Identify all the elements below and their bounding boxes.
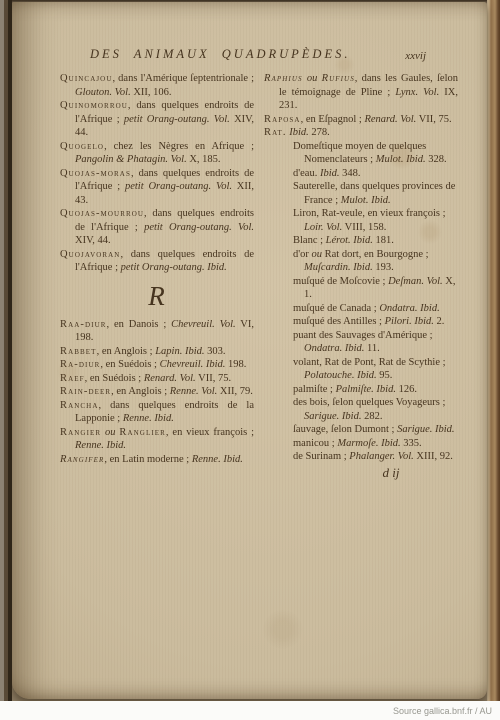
entry-segment: Renne. Ibid.: [123, 413, 174, 424]
entry-segment: des bois, ſelon quelques Voyageurs ;: [293, 397, 445, 408]
entry-segment: , en Danois ;: [107, 319, 172, 330]
entry-segment: Rabbet: [60, 346, 97, 357]
entry-segment: XII, 106.: [131, 87, 172, 98]
entry-segment: , en Suédois ;: [100, 359, 159, 370]
entry-segment: , en Latin moderne ;: [104, 454, 191, 465]
index-entry: Quojas-moras, dans quelques endroits de …: [60, 167, 254, 208]
entry-segment: Muſcardin. Ibid.: [304, 262, 373, 273]
entry-segment: Marmoſe. Ibid.: [337, 438, 400, 449]
entry-segment: Sarigue. Ibid.: [304, 411, 361, 422]
entry-segment: Sarigue. Ibid.: [397, 424, 454, 435]
entry-segment: VII, 75.: [416, 114, 451, 125]
entry-segment: Rangier: [60, 427, 101, 438]
entry-segment: VIII, 158.: [342, 222, 386, 233]
entry-segment: puant des Sauvages d'Amérique ;: [293, 330, 433, 341]
entry-segment: petit Orang-outang. Vol.: [124, 114, 230, 125]
index-entry: ſauvage, ſelon Dumont ; Sarigue. Ibid.: [264, 423, 458, 437]
entry-segment: , en Eſpagnol ;: [301, 114, 365, 125]
entry-segment: de Surinam ;: [293, 451, 349, 462]
entry-segment: Lérot. Ibid.: [326, 235, 373, 246]
entry-segment: Rancha: [60, 400, 99, 411]
entry-segment: , en Anglois ;: [111, 386, 170, 397]
entry-segment: Lynx. Vol.: [395, 87, 439, 98]
left-column: Quincajou, dans l'Amérique ſeptentrional…: [60, 72, 254, 479]
entry-segment: Raa-diur: [60, 319, 107, 330]
index-entry: Rangifer, en Latin moderne ; Renne. Ibid…: [60, 453, 254, 467]
entry-segment: Ibid.: [289, 127, 309, 138]
entry-segment: , en Anglois ;: [97, 346, 156, 357]
index-entry: Raef, en Suédois ; Renard. Vol. VII, 75.: [60, 372, 254, 386]
entry-segment: , en Suédois ;: [85, 373, 144, 384]
index-entry: des bois, ſelon quelques Voyageurs ; Sar…: [264, 396, 458, 423]
entry-segment: 303.: [205, 346, 226, 357]
entry-segment: Rufius: [322, 73, 355, 84]
entry-segment: Glouton. Vol.: [75, 87, 131, 98]
index-entry: Raphius ou Rufius, dans les Gaules, ſelo…: [264, 72, 458, 113]
entry-segment: 11.: [364, 343, 379, 354]
entry-segment: Quojavoran: [60, 249, 120, 260]
book-binding-edge: [0, 0, 12, 701]
entry-segment: petit Orang-outang. Ibid.: [121, 262, 227, 273]
entry-segment: d'or: [293, 249, 312, 260]
entry-segment: , en vieux françois ;: [166, 427, 254, 438]
index-entry: Rain-deer, en Anglois ; Renne. Vol. XII,…: [60, 385, 254, 399]
entry-segment: manicou ;: [293, 438, 337, 449]
section-letter-heading: R: [60, 281, 254, 311]
quire-signature: d ij: [264, 466, 458, 480]
index-entry: Quojavoran, dans quelques endroits de l'…: [60, 248, 254, 275]
entry-segment: Rat dort, en Bourgogne ;: [322, 249, 429, 260]
printed-text-block: DES ANIMAUX QUADRUPÈDES. xxvij Quincajou…: [60, 48, 458, 479]
entry-segment: Blanc ;: [293, 235, 326, 246]
entry-segment: 282.: [361, 411, 382, 422]
entry-segment: Ibid.: [320, 168, 340, 179]
entry-segment: petit Orang-outang. Vol.: [125, 181, 232, 192]
index-entry: Quogelo, chez les Nègres en Afrique ; Pa…: [60, 140, 254, 167]
index-entry: d'eau. Ibid. 348.: [264, 167, 458, 181]
index-entry: Liron, Rat-veule, en vieux françois ; Lo…: [264, 207, 458, 234]
index-entry: de Surinam ; Phalanger. Vol. XIII, 92.: [264, 450, 458, 464]
entry-segment: Chevreuil. Vol.: [171, 319, 236, 330]
entry-segment: XII, 79.: [217, 386, 253, 397]
index-entry: Sauterelle, dans quelques provinces de F…: [264, 180, 458, 207]
entry-segment: Mulot. Ibid.: [341, 195, 391, 206]
page-title: DES ANIMAUX QUADRUPÈDES.: [90, 48, 350, 62]
index-entry: Quinomorrou, dans quelques endroits de l…: [60, 99, 254, 140]
entry-segment: Raef: [60, 373, 85, 384]
entry-segment: volant, Rat de Pont, Rat de Scythie ;: [293, 357, 446, 368]
index-entry: Raa-diur, en Danois ; Chevreuil. Vol. VI…: [60, 318, 254, 345]
index-entry: Rat. Ibid. 278.: [264, 126, 458, 140]
q-entries-list: Quincajou, dans l'Amérique ſeptentrional…: [60, 72, 254, 275]
entry-segment: Lapin. Ibid.: [155, 346, 204, 357]
entry-segment: XIV, 44.: [75, 235, 111, 246]
entry-segment: 348.: [340, 168, 361, 179]
entry-segment: Polatouche. Ibid.: [304, 370, 377, 381]
entry-segment: Quincajou: [60, 73, 112, 84]
entry-segment: Ra-diur: [60, 359, 100, 370]
index-entry: Rabbet, en Anglois ; Lapin. Ibid. 303.: [60, 345, 254, 359]
entry-segment: 335.: [401, 438, 422, 449]
index-entry: muſqué des Antilles ; Pilori. Ibid. 2.: [264, 315, 458, 329]
entry-segment: Rain-deer: [60, 386, 111, 397]
entry-segment: Quojas-mourrou: [60, 208, 144, 219]
entry-segment: Renne. Ibid.: [192, 454, 243, 465]
entry-segment: , chez les Nègres en Afrique ;: [104, 141, 254, 152]
entry-segment: d'eau.: [293, 168, 320, 179]
entry-segment: ſauvage, ſelon Dumont ;: [293, 424, 397, 435]
entry-segment: XIII, 92.: [414, 451, 453, 462]
r-entries-list: Raa-diur, en Danois ; Chevreuil. Vol. VI…: [60, 318, 254, 467]
scanned-book-photo: DES ANIMAUX QUADRUPÈDES. xxvij Quincajou…: [0, 0, 500, 720]
entry-segment: VII, 75.: [196, 373, 231, 384]
index-entry: Rangier ou Ranglier, en vieux françois ;…: [60, 426, 254, 453]
entry-segment: Renard. Vol.: [364, 114, 416, 125]
page-number: xxvij: [405, 50, 426, 64]
entry-segment: Ondatra. Ibid.: [304, 343, 364, 354]
index-entry: Blanc ; Lérot. Ibid. 181.: [264, 234, 458, 248]
entry-segment: Renne. Vol.: [170, 386, 218, 397]
index-entry: Ra-diur, en Suédois ; Chevreuil. Ibid. 1…: [60, 358, 254, 372]
entry-segment: Phalanger. Vol.: [349, 451, 413, 462]
entry-segment: Deſman. Vol.: [388, 276, 443, 287]
entry-segment: Rangifer: [60, 454, 104, 465]
entry-segment: 2.: [434, 316, 445, 327]
index-entry: Rancha, dans quelques endroits de la Lap…: [60, 399, 254, 426]
entry-segment: Raphius: [264, 73, 303, 84]
index-entry: muſqué de Canada ; Ondatra. Ibid.: [264, 302, 458, 316]
entry-segment: Liron, Rat-veule, en vieux françois ;: [293, 208, 446, 219]
book-page: DES ANIMAUX QUADRUPÈDES. xxvij Quincajou…: [12, 2, 487, 699]
entry-segment: 181.: [373, 235, 394, 246]
entry-segment: ou: [101, 427, 119, 438]
entry-segment: muſqué de Canada ;: [293, 303, 379, 314]
entry-segment: petit Orang-outang. Vol.: [144, 222, 254, 233]
entry-segment: 278.: [309, 127, 330, 138]
entry-segment: 193.: [373, 262, 394, 273]
index-entry: manicou ; Marmoſe. Ibid. 335.: [264, 437, 458, 451]
entry-segment: palmiſte ;: [293, 384, 336, 395]
digitization-strip: Source gallica.bnf.fr / AU: [0, 701, 500, 720]
entry-segment: X, 185.: [187, 154, 221, 165]
entry-segment: Mulot. Ibid.: [376, 154, 426, 165]
index-entry: Quincajou, dans l'Amérique ſeptentrional…: [60, 72, 254, 99]
entry-segment: Quinomorrou: [60, 100, 128, 111]
entry-segment: Pilori. Ibid.: [385, 316, 434, 327]
right-entries-list: Raphius ou Rufius, dans les Gaules, ſelo…: [264, 72, 458, 464]
book-fore-edge: [487, 0, 500, 701]
entry-segment: Ranglier: [119, 427, 166, 438]
index-entry: Quojas-mourrou, dans quelques endroits d…: [60, 207, 254, 248]
entry-segment: Loir. Vol.: [304, 222, 342, 233]
entry-segment: Rat.: [264, 127, 287, 138]
entry-segment: Raposa: [264, 114, 301, 125]
entry-segment: ou: [303, 73, 322, 84]
entry-segment: muſqué de Moſcovie ;: [293, 276, 388, 287]
right-column: Raphius ou Rufius, dans les Gaules, ſelo…: [264, 72, 458, 479]
index-entry: volant, Rat de Pont, Rat de Scythie ; Po…: [264, 356, 458, 383]
entry-segment: , dans l'Amérique ſeptentrionale ;: [112, 73, 254, 84]
entry-segment: Renard. Vol.: [144, 373, 196, 384]
index-entry: muſqué de Moſcovie ; Deſman. Vol. X, 1.: [264, 275, 458, 302]
entry-segment: Renne. Ibid.: [75, 440, 126, 451]
two-column-index: Quincajou, dans l'Amérique ſeptentrional…: [60, 72, 458, 479]
entry-segment: Pangolin & Phatagin. Vol.: [75, 154, 187, 165]
index-entry: palmiſte ; Palmiſte. Ibid. 126.: [264, 383, 458, 397]
running-header: DES ANIMAUX QUADRUPÈDES. xxvij: [60, 48, 458, 65]
index-entry: d'or ou Rat dort, en Bourgogne ; Muſcard…: [264, 248, 458, 275]
entry-segment: Palmiſte. Ibid.: [336, 384, 396, 395]
index-entry: Raposa, en Eſpagnol ; Renard. Vol. VII, …: [264, 113, 458, 127]
source-attribution: Source gallica.bnf.fr / AU: [393, 706, 492, 716]
entry-segment: 95.: [377, 370, 393, 381]
entry-segment: Chevreuil. Ibid.: [160, 359, 226, 370]
entry-segment: muſqué des Antilles ;: [293, 316, 385, 327]
entry-segment: Quojas-moras: [60, 168, 131, 179]
entry-segment: 198.: [225, 359, 246, 370]
index-entry: puant des Sauvages d'Amérique ; Ondatra.…: [264, 329, 458, 356]
entry-segment: Quogelo: [60, 141, 104, 152]
entry-segment: 126.: [396, 384, 417, 395]
entry-segment: Ondatra. Ibid.: [379, 303, 439, 314]
index-entry: Domeſtique moyen de quelques Nomenclateu…: [264, 140, 458, 167]
entry-segment: 328.: [426, 154, 447, 165]
entry-segment: ou: [312, 249, 323, 260]
